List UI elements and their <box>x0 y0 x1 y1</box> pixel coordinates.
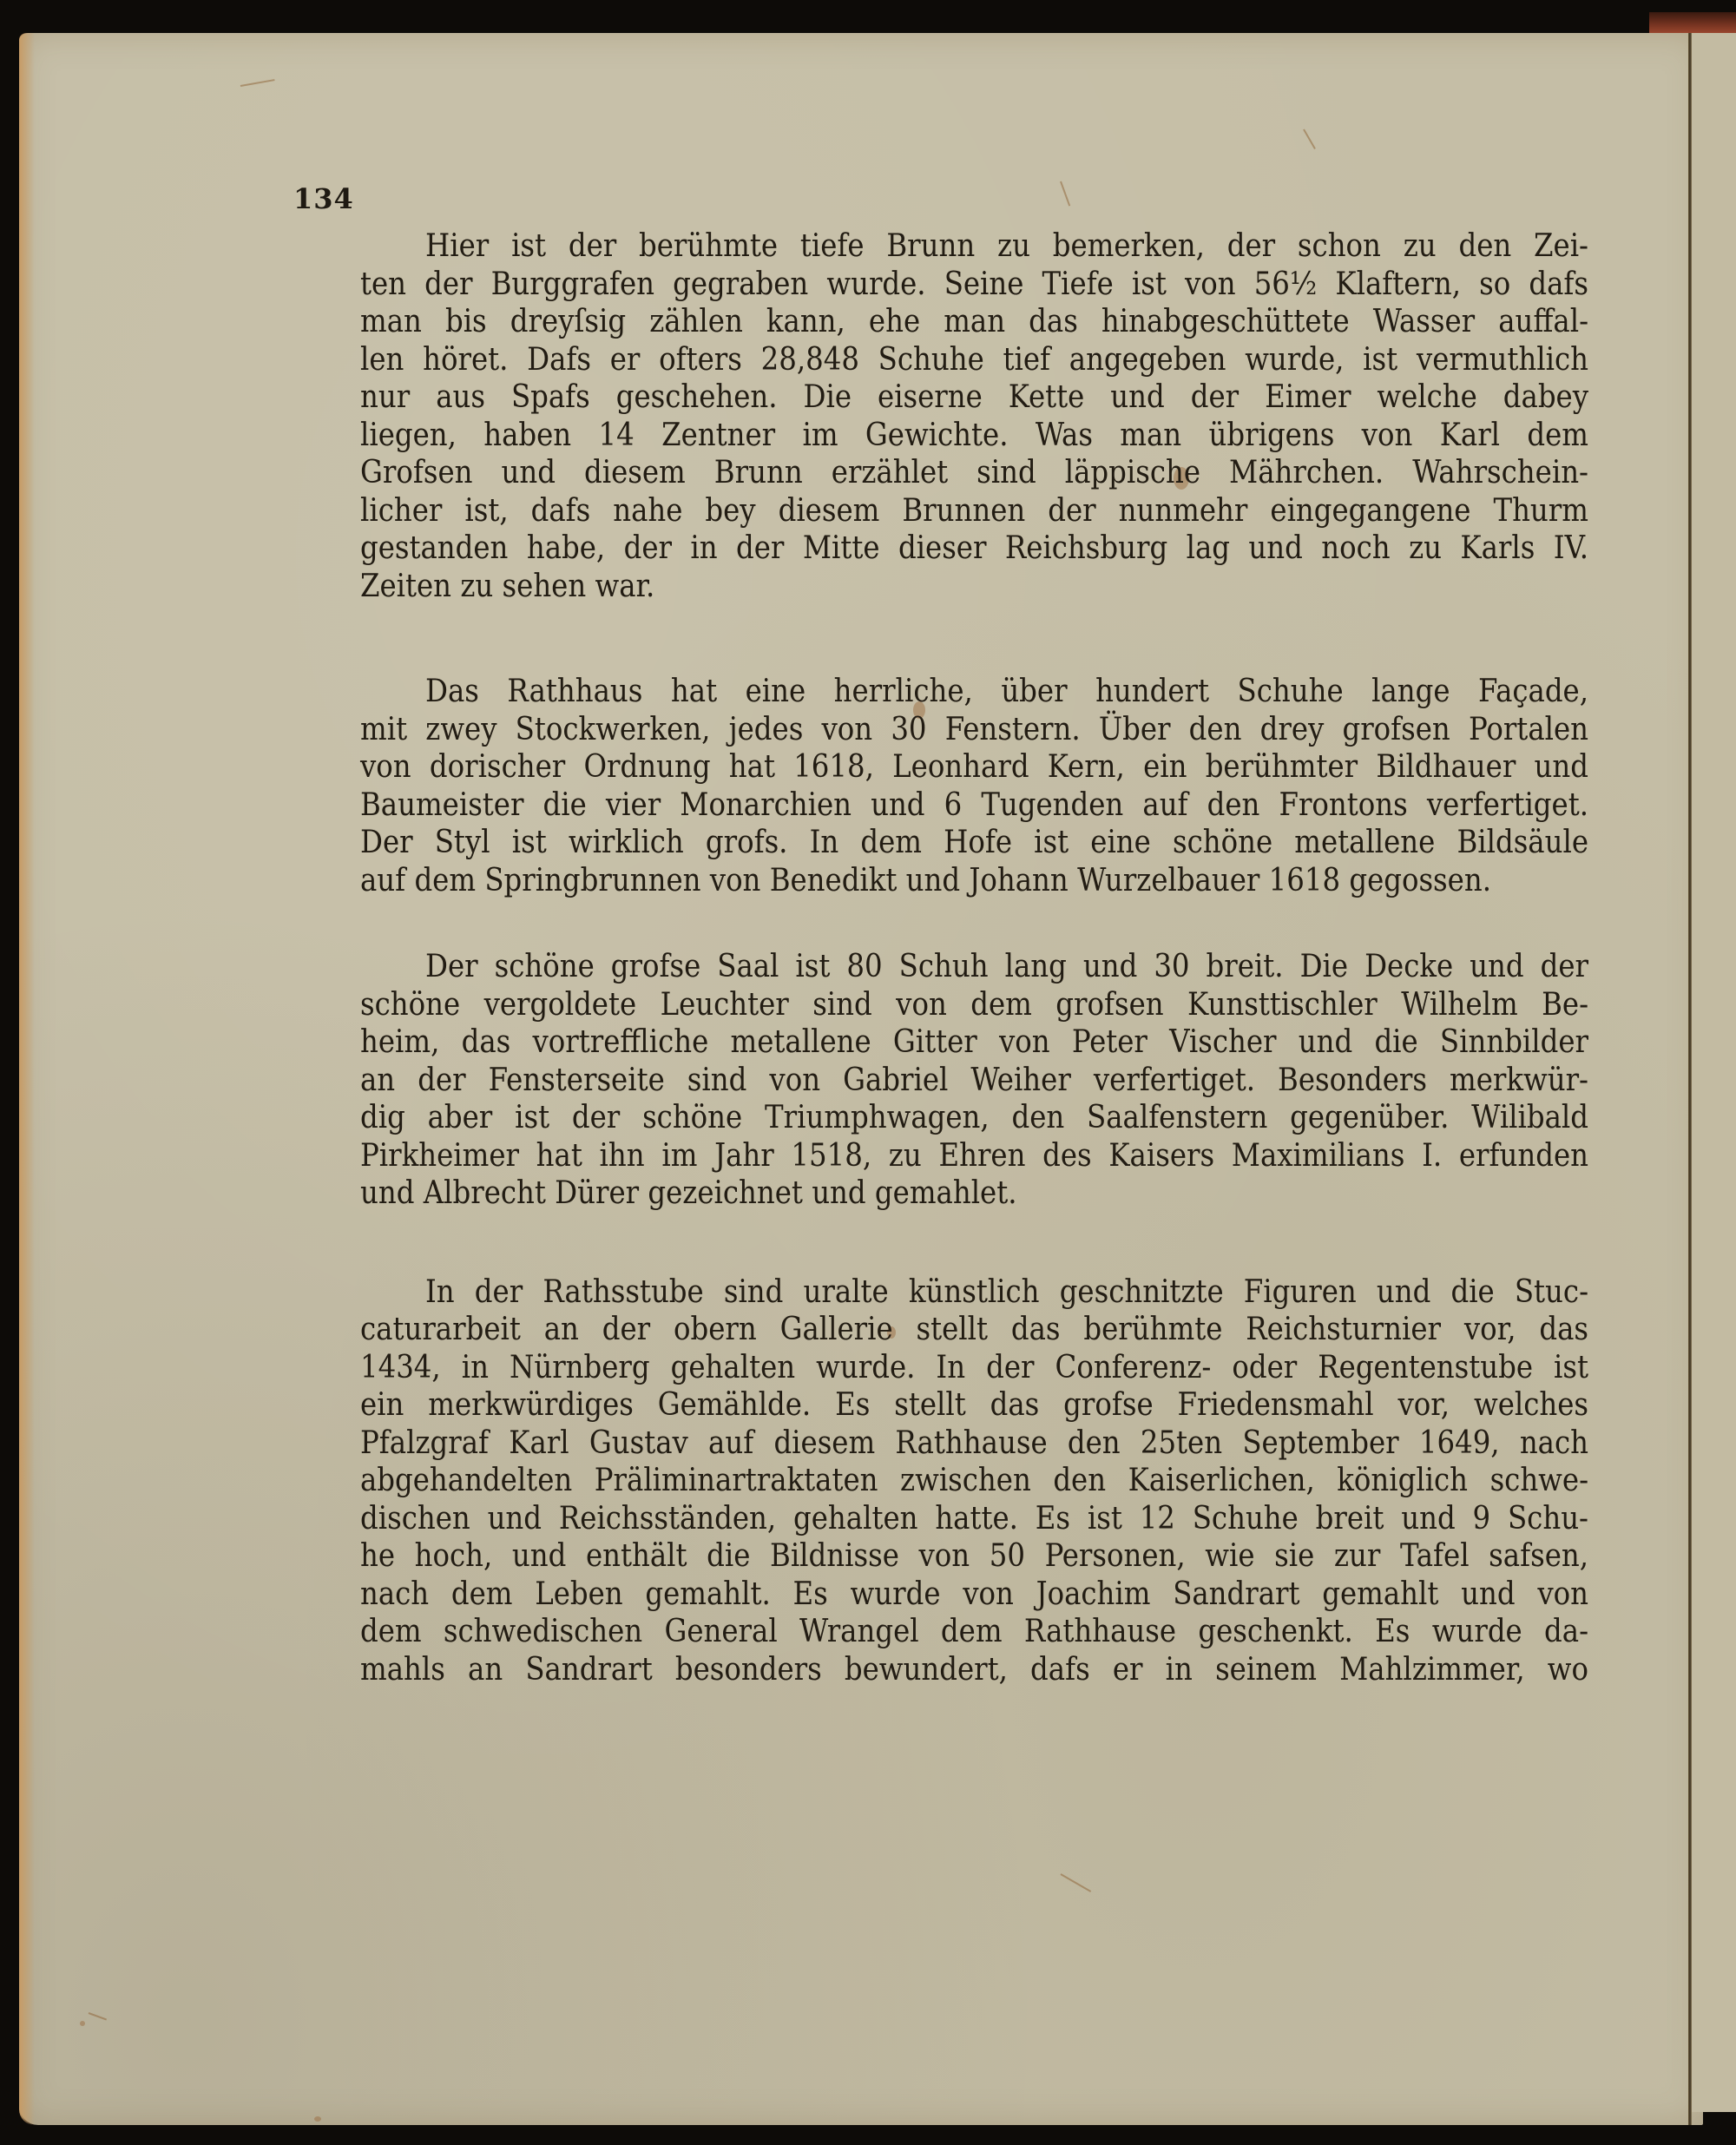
paper-fiber <box>1060 181 1070 207</box>
text-line: Das Rathhaus hat eine herrliche, über hu… <box>295 673 1588 711</box>
paragraph-town-hall: Das Rathhaus hat eine herrliche, über hu… <box>295 673 1588 899</box>
text-line: 1434, in Nürnberg gehalten wurde. In der… <box>295 1349 1588 1387</box>
paragraph-council-chamber: In der Rathsstube sind uralte künstlich … <box>295 1273 1588 1689</box>
text-line: mit zwey Stockwerken, jedes von 30 Fenst… <box>295 711 1588 749</box>
text-line: Der Styl ist wirklich grofs. In dem Hofe… <box>295 824 1588 862</box>
adjacent-page-edge <box>1692 33 1736 2112</box>
text-line: mahls an Sandrart besonders bewundert, d… <box>295 1651 1588 1689</box>
text-line: dem schwedischen General Wrangel dem Rat… <box>295 1613 1588 1651</box>
text-line: Pirkheimer hat ihn im Jahr 1518, zu Ehre… <box>295 1137 1588 1175</box>
text-line: man bis dreyſsig zählen kann, ehe man da… <box>295 303 1588 341</box>
text-line: caturarbeit an der obern Gallerie stellt… <box>295 1311 1588 1349</box>
paper-speck <box>80 2021 85 2026</box>
text-line: liegen, haben 14 Zentner im Gewichte. Wa… <box>295 417 1588 455</box>
text-line: len höret. Dafs er ofters 28,848 Schuhe … <box>295 341 1588 379</box>
paper-fiber <box>89 2012 107 2020</box>
text-line: he hoch, und enthält die Bildnisse von 5… <box>295 1537 1588 1576</box>
paper-speck <box>314 2116 321 2122</box>
text-line: von dorischer Ordnung hat 1618, Leonhard… <box>295 748 1588 786</box>
text-line: dig aber ist der schöne Triumphwagen, de… <box>295 1099 1588 1137</box>
text-line: an der Fensterseite sind von Gabriel Wei… <box>295 1062 1588 1100</box>
text-line: Pfalzgraf Karl Gustav auf diesem Rathhau… <box>295 1425 1588 1463</box>
text-line: Baumeister die vier Monarchien und 6 Tug… <box>295 786 1588 825</box>
paper-fiber <box>240 79 275 87</box>
text-line: Der schöne grofse Saal ist 80 Schuh lang… <box>295 948 1588 986</box>
text-line: heim, das vortreffliche metallene Gitter… <box>295 1023 1588 1062</box>
page-number: 134 <box>293 182 354 215</box>
text-line: gestanden habe, der in der Mitte dieser … <box>295 530 1588 568</box>
text-line: schöne vergoldete Leuchter sind von dem … <box>295 986 1588 1024</box>
text-line: Zeiten zu sehen war. <box>295 568 1588 606</box>
paper-fiber <box>1303 129 1316 150</box>
text-line: nach dem Leben gemahlt. Es wurde von Joa… <box>295 1576 1588 1614</box>
text-line: und Albrecht Dürer gezeichnet und gemahl… <box>295 1174 1588 1213</box>
paper-fiber <box>1061 1873 1092 1892</box>
text-line: Hier ist der berühmte tiefe Brunn zu bem… <box>295 227 1588 266</box>
paragraph-great-hall: Der schöne grofse Saal ist 80 Schuh lang… <box>295 948 1588 1213</box>
text-line: ten der Burggrafen gegraben wurde. Seine… <box>295 266 1588 304</box>
body-text: Hier ist der berühmte tiefe Brunn zu bem… <box>295 227 1588 1688</box>
text-line: dischen und Reichsständen, gehalten hatt… <box>295 1500 1588 1538</box>
paragraph-deep-well: Hier ist der berühmte tiefe Brunn zu bem… <box>295 227 1588 605</box>
text-line: ein merkwürdiges Gemählde. Es stellt das… <box>295 1386 1588 1425</box>
text-line: auf dem Springbrunnen von Benedikt und J… <box>295 862 1588 900</box>
text-line: licher ist, dafs nahe bey diesem Brunnen… <box>295 492 1588 530</box>
text-line: Grofsen und diesem Brunn erzählet sind l… <box>295 454 1588 492</box>
text-line: abgehandelten Präliminartraktaten zwisch… <box>295 1462 1588 1500</box>
text-line: In der Rathsstube sind uralte künstlich … <box>295 1273 1588 1312</box>
text-line: nur aus Spafs geschehen. Die eiserne Ket… <box>295 378 1588 417</box>
book-spine-edge <box>1649 12 1736 35</box>
